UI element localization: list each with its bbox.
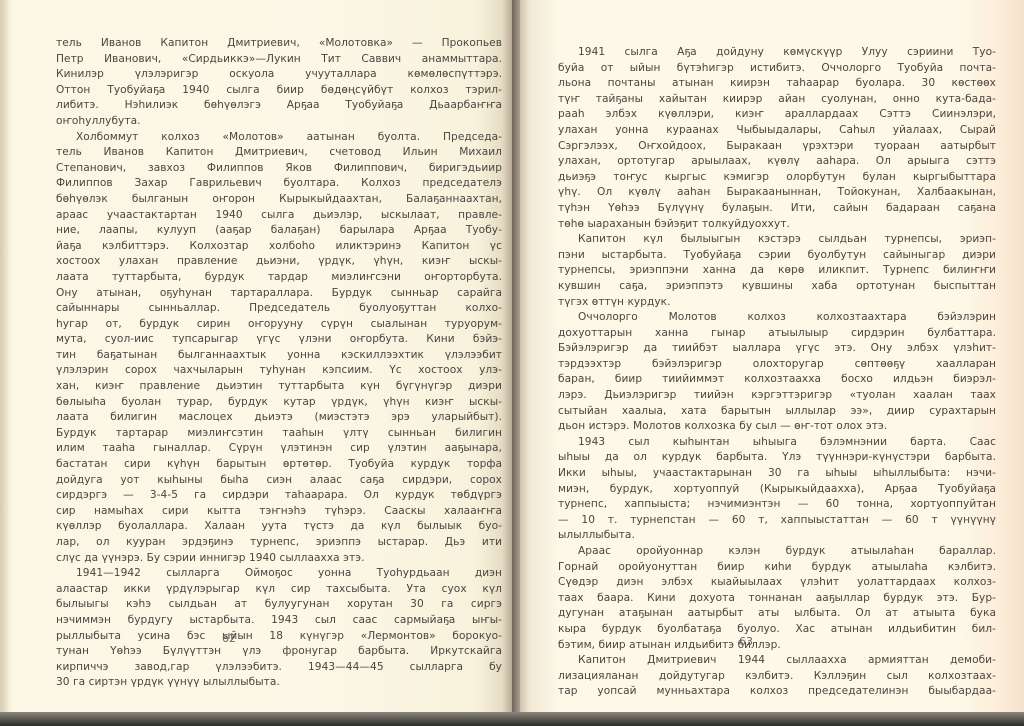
- text-line: тель Иванов Капитон Дмитриевич, счетовод…: [56, 145, 502, 161]
- text-line: алаастар икки үрдүлэрыгар күл сир тахсыб…: [56, 582, 502, 598]
- text-line: һугар от, бурдук сирин оҥорууну сүрүн сы…: [56, 317, 502, 333]
- text-line: үлэлэрин сорох чахчыларын туһунан кэпсии…: [56, 363, 502, 379]
- text-line: Капитон Дмитриевич 1944 сыллаахха армият…: [558, 653, 996, 669]
- text-line: тэрдээхтэр бэйэлэригэр олохторугар сөптө…: [558, 357, 996, 373]
- text-line: Холбоммут колхоз «Молотов» аатынан буолт…: [56, 130, 502, 146]
- text-line: кувшин саҕа, эриэппэтэ кувшины хаба орто…: [558, 279, 996, 295]
- text-line: бастатан сири күһүн барытын өртөтөр. Туо…: [56, 457, 502, 473]
- text-line: либитэ. Нэһилиэк бөһүөлэгэ Арҕаа Туобуйа…: [56, 98, 502, 114]
- text-line: Бэйэлэригэр да тиийбэт ыаллара үгүс этэ.…: [558, 341, 996, 357]
- text-line: дьиэҕэ тоҥус кыргыс кэмигэр олорбутун бу…: [558, 170, 996, 186]
- text-line: бэтим, биир атынан илдьибитэ биллэр.: [558, 638, 996, 654]
- text-line: лизацияланан дойдутугар кэлбитэ. Кэллэҕи…: [558, 669, 996, 685]
- page-number: 63: [739, 635, 753, 648]
- text-line: дохуоттарын ханна гынар атыылыыр сирдэри…: [558, 326, 996, 342]
- text-line: тунан Үөһээ Бүлүүттэн үлэ фронугар барбы…: [56, 644, 502, 660]
- text-line: тель Иванов Капитон Дмитриевич, «Молотов…: [56, 36, 502, 52]
- text-line: сытыйан хаалыа, хата барытын ыллылар ээ»…: [558, 404, 996, 420]
- text-line: Бурдук тартарар миэлиҥсэтин тааһын үлтү …: [56, 426, 502, 442]
- text-line: Филиппов Захар Гаврильевич буолтара. Кол…: [56, 176, 502, 192]
- book-spread: тель Иванов Капитон Дмитриевич, «Молотов…: [0, 0, 1024, 718]
- left-page-text: тель Иванов Капитон Дмитриевич, «Молотов…: [56, 36, 502, 691]
- text-line: турнепсы, эриэппэни ханна да көрө иликпи…: [558, 263, 996, 279]
- text-line: араас учаастактартан 1940 сылга дьиэлэр,…: [56, 208, 502, 224]
- text-line: дьон истэрэ. Молотов колхозка бу сыл — ө…: [558, 419, 996, 435]
- scan-bottom-edge: [0, 712, 1024, 726]
- text-line: йаҕа кэлбиттэрэ. Колхозтар холбоһо иликт…: [56, 239, 502, 255]
- text-line: дойдуга уот кыһыны быһа сиэн алаас саҕа …: [56, 473, 502, 489]
- text-line: лаата билигин маслоцех дьиэтэ (миэстэтэ …: [56, 410, 502, 426]
- text-line: күөллэр буолаллара. Халаан уута түстэ да…: [56, 519, 502, 535]
- text-line: 1941—1942 сылларга Оймоҕос уонна Туоһурд…: [56, 566, 502, 582]
- text-line: ылыллыбыта.: [558, 528, 996, 544]
- text-line: 30 га сиртэн үрдүк үүнүү ылыллыбыта.: [56, 675, 502, 691]
- text-line: үһү. Ол күөлү ааһан Быракааныннан, Тойок…: [558, 185, 996, 201]
- text-line: тар уопсай мунньахтара колхоз председате…: [558, 684, 996, 700]
- text-line: нэчиммэн бурдугу ыстарбыта. 1943 сыл саа…: [56, 613, 502, 629]
- text-line: баран, биир тиийиммэт колхозтаахха босхо…: [558, 372, 996, 388]
- right-page-text: 1941 сылга Аҕа дойдуну көмүскүүр Улуу сэ…: [558, 45, 996, 700]
- text-line: Сүөдэр диэн элбэх кыайыылаах үлэһит уола…: [558, 575, 996, 591]
- text-line: миэн, бурдук, хортуоппуй (Кырыкыйдаахха)…: [558, 482, 996, 498]
- text-line: — 10 т. турнепстан — 60 т, хаппыыстаттан…: [558, 513, 996, 529]
- text-line: кыра бурдук буолбатаҕа буолуо. Хас атына…: [558, 622, 996, 638]
- page-number: 62: [222, 632, 236, 645]
- text-line: турнепс, хаппыыста; нэчимиэнтэн — 60 тон…: [558, 497, 996, 513]
- text-line: Капитон күл былыыгын кэстэрэ сылдьан тур…: [558, 232, 996, 248]
- text-line: сир намыһах сири кытта тэҥнэһэ түһэрэ. С…: [56, 504, 502, 520]
- text-line: Араас оройуоннар кэлэн бурдук атыылаһан …: [558, 544, 996, 560]
- text-line: улахан уонна кураанах Чыбыыдалары, Саһыл…: [558, 123, 996, 139]
- text-line: түгэх өттүн курдук.: [558, 295, 996, 311]
- text-line: дугунан атаҕынан аатырбыт аты ылбыта. Ол…: [558, 606, 996, 622]
- text-line: былыыгы кэһэ сылдьан ат булуугунан хорут…: [56, 597, 502, 613]
- text-line: илим тааһа гыналлар. Сүрүн үлэтинэн сир …: [56, 441, 502, 457]
- text-line: таах баара. Кини дохуота тоннанан ааҕылл…: [558, 591, 996, 607]
- text-line: Степанович, завхоз Филиппов Яков Филиппо…: [56, 161, 502, 177]
- book-spine: [512, 0, 520, 712]
- text-line: түһэн Үөһээ Бүлүүнү булаҕын. Ити, сайын …: [558, 201, 996, 217]
- text-line: 1941 сылга Аҕа дойдуну көмүскүүр Улуу сэ…: [558, 45, 996, 61]
- text-line: түҥ тайҕаны хайытан киирэр айан суолунан…: [558, 92, 996, 108]
- text-line: буйа от ыйын бүтэһигэр истибитэ. Оччолор…: [558, 61, 996, 77]
- text-line: Оттон Туобуйаҕа 1940 сылга биир бөдөңсүй…: [56, 83, 502, 99]
- text-line: 1943 сыл кыһынтан ыһыыга бэлэмнэнии барт…: [558, 435, 996, 451]
- text-line: оҥоһуллубута.: [56, 114, 502, 130]
- text-line: рааһ элбэх күөллэри, киэҥ араллардаах Сэ…: [558, 107, 996, 123]
- text-line: Горнай оройуонуттан биир киһи бурдук аты…: [558, 560, 996, 576]
- text-line: улахан, ортотугар арыылаах, күөлү ааһара…: [558, 154, 996, 170]
- text-line: лаата туттарбыта, бурдук тардар миэлиҥсэ…: [56, 270, 502, 286]
- text-line: бөлыыһа буолан турар, бурдук кутар үрдүк…: [56, 395, 502, 411]
- text-line: ыһыы да ол курдук барбыта. Үлэ түүннэри-…: [558, 450, 996, 466]
- text-line: Оччолорго Молотов колхоз колхозтаахтара …: [558, 310, 996, 326]
- right-page: 1941 сылга Аҕа дойдуну көмүскүүр Улуу сэ…: [520, 0, 1024, 712]
- text-line: бөһүөлэк былганын оҥорон Кырыкыйдаахтан,…: [56, 192, 502, 208]
- text-line: рыллыбыта усина бэс ыйын 18 күнүгэр «Лер…: [56, 629, 502, 645]
- text-line: пэни ыстарбыта. Туобуйаҕа сэрии буолбуту…: [558, 248, 996, 264]
- text-line: лар, ол кууран эрдэҕинэ турнепс, эриэппэ…: [56, 535, 502, 551]
- text-line: сайыннары сынньаллар. Председатель буолу…: [56, 301, 502, 317]
- text-line: Кинилэр үлэлэригэр оскуола учууталлара к…: [56, 67, 502, 83]
- text-line: льона почтаны атынан киирэн таһаарар буо…: [558, 76, 996, 92]
- text-line: кирпиччэ завод,гар үлэлээбитэ. 1943—44—4…: [56, 660, 502, 676]
- text-line: хостоох улахан правление дьиэни, үрдүк, …: [56, 254, 502, 270]
- text-line: сирдэргэ — 3-4-5 га сирдэри таһаарара. О…: [56, 488, 502, 504]
- text-line: Петр Иванович, «Сирдьиккэ»—Лукин Тит Сав…: [56, 52, 502, 68]
- text-line: лэрэ. Дьиэлэригэр тиийэн кэргэттэригэр «…: [558, 388, 996, 404]
- text-line: тин баҕатынан былганнаахтык уонна кэскил…: [56, 348, 502, 364]
- text-line: хан, киэҥ правление дьиэтин туттарбыта к…: [56, 379, 502, 395]
- text-line: ние, лаапы, кулууп (ааҕар балаҕан) барыл…: [56, 223, 502, 239]
- text-line: Икки ыһыы, учаастактарынан 30 га ыһыы ыһ…: [558, 466, 996, 482]
- text-line: мута, суол-иис тупсарыгар үгүс үлэни оҥо…: [56, 332, 502, 348]
- left-page: тель Иванов Капитон Дмитриевич, «Молотов…: [0, 0, 512, 712]
- text-line: Ону атынан, оҕуһунан тартараллара. Бурду…: [56, 286, 502, 302]
- text-line: Сэргэлээх, Оҥхойдоох, Быракаан үрэхтэри …: [558, 139, 996, 155]
- text-line: төһө ыараханын бэйэҕит толкуйдуоххут.: [558, 217, 996, 233]
- text-line: слүс да үүнэрэ. Бу сэрии иннигэр 1940 сы…: [56, 551, 502, 567]
